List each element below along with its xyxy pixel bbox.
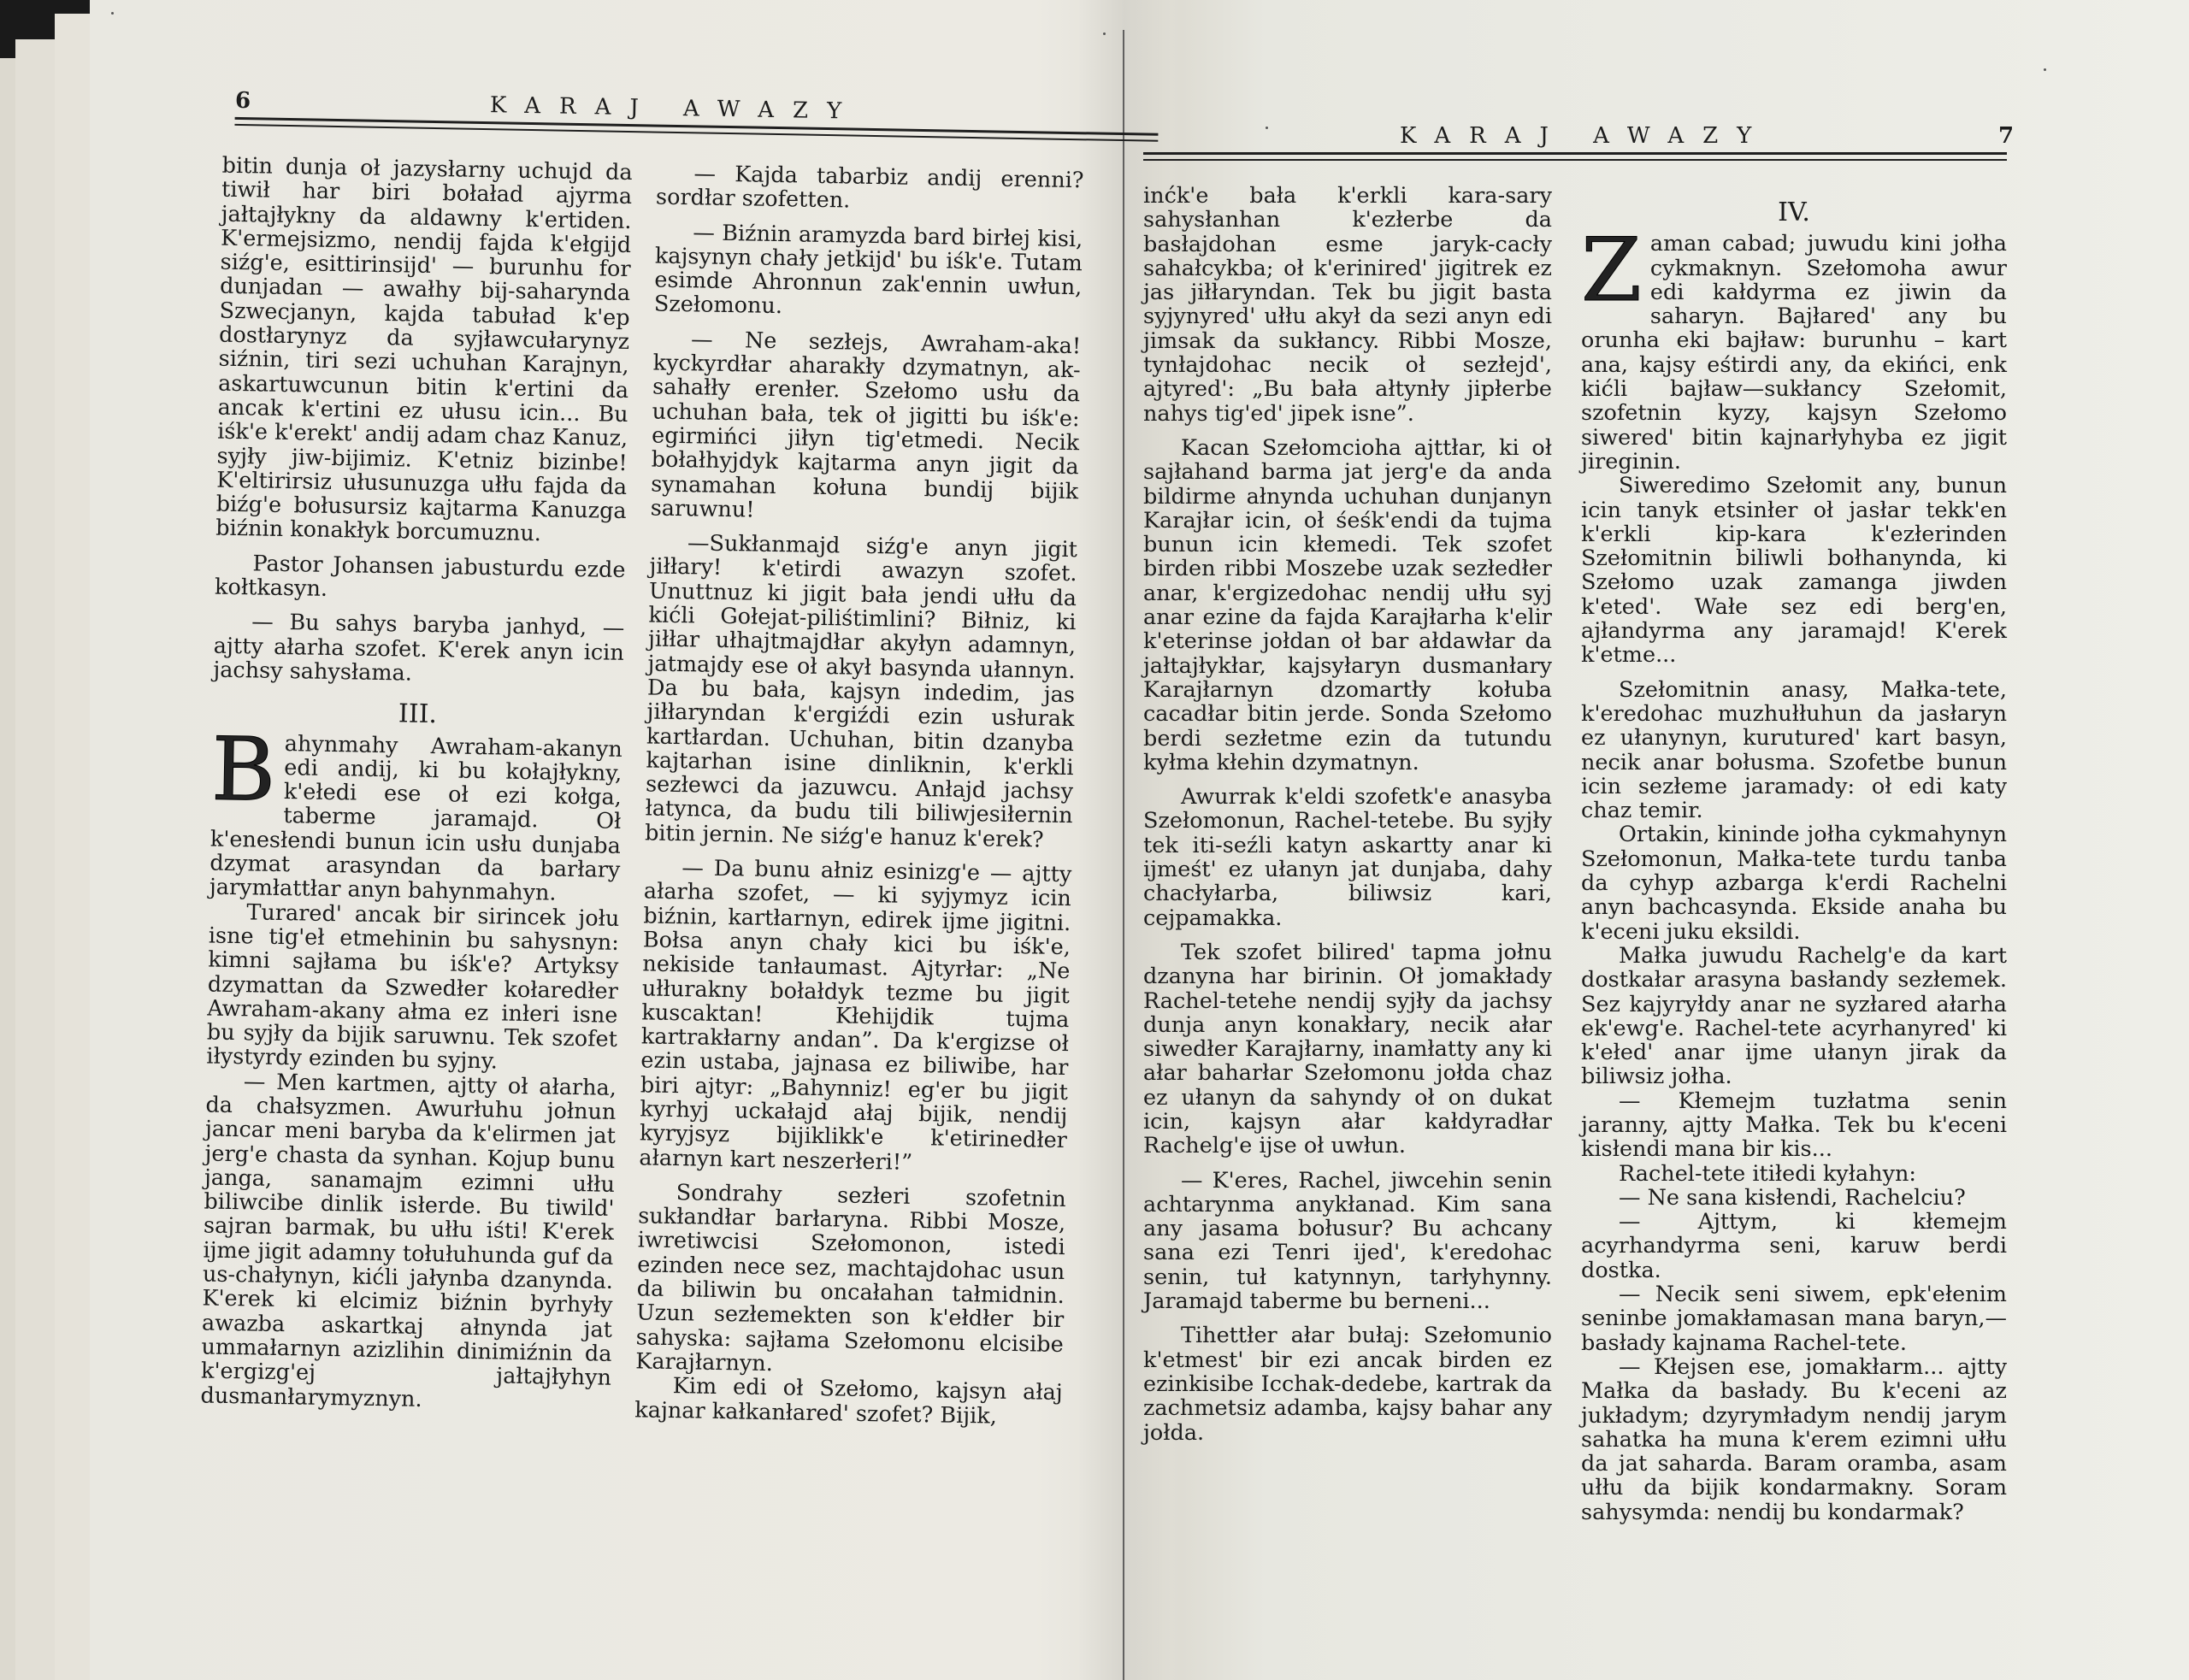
page-stack-edge <box>15 39 60 1680</box>
book-gutter <box>1123 30 1124 1680</box>
paragraph: Rachel-tete itiłedi kyłahyn: <box>1581 1162 2007 1186</box>
paragraph-text: Sondrahy sezłeri szofetnin sukłandłar ba… <box>635 1180 1066 1376</box>
paragraph-text: Tihettłer ałar bułaj: Szełomunio k'etmes… <box>1143 1323 1552 1445</box>
paper-speck <box>1266 127 1268 129</box>
left-page: 6 KARAJ AWAZY bitin dunja oł jazysłarny … <box>139 0 1111 141</box>
paragraph-text: — Ne sezłejs, Awraham-aka! kyckyrdłar ah… <box>650 327 1081 522</box>
paragraph: Siweredimo Szełomit any, bunun icin tany… <box>1581 474 2007 667</box>
paragraph-text: bitin dunja oł jazysłarny uchujd da tiwi… <box>215 153 633 547</box>
page-stack-edge <box>55 14 92 1680</box>
header-rule <box>1143 152 2007 155</box>
paragraph: — Kłemejm tuzłatma senin jaranny, ajtty … <box>1581 1089 2007 1162</box>
paragraph: Awurrak k'eldi szofetk'e anasyba Szełomo… <box>1143 785 1552 930</box>
paragraph-text: — Kajda tabarbiz andij erenni? sordłar s… <box>656 161 1084 213</box>
column-2: — Kajda tabarbiz andij erenni? sordłar s… <box>634 162 1084 1429</box>
paragraph-text: Kacan Szełomcioha ajttłar, ki oł sajłaha… <box>1143 435 1552 775</box>
paragraph: —Sukłanmajd siźg'e anyn jigit jiłłary! k… <box>645 531 1077 853</box>
paragraph-text: — Da bunu ałniz esinizg'e — ajtty ałarha… <box>639 855 1071 1175</box>
paragraph: bitin dunja oł jazysłarny uchujd da tiwi… <box>215 154 633 548</box>
drop-cap: Z <box>1581 235 1642 307</box>
paragraph: — Necik seni siwem, epk'ełenim seninbe j… <box>1581 1282 2007 1355</box>
paragraph-text: —Sukłanmajd siźg'e anyn jigit jiłłary! k… <box>645 530 1077 852</box>
paragraph: Kim edi oł Szełomo, kajsyn ałaj kajnar k… <box>634 1374 1063 1429</box>
paragraph-text: Turared' ancak bir sirincek jołu isne ti… <box>206 899 619 1075</box>
column-1: inćk'e bała k'erkli kara-sary sahysłanha… <box>1143 184 1552 1524</box>
paragraph: Sondrahy sezłeri szofetnin sukłandłar ba… <box>635 1180 1066 1381</box>
drop-cap: B <box>211 734 276 806</box>
columns: bitin dunja oł jazysłarny uchujd da tiwi… <box>200 154 1084 1429</box>
paper-speck <box>2044 68 2046 71</box>
paragraph-text: — Men kartmen, ajtty oł ałarha, da chałs… <box>200 1069 617 1412</box>
paragraph-text: Kim edi oł Szełomo, kajsyn ałaj kajnar k… <box>634 1373 1063 1429</box>
paragraph: Małka juwudu Rachelg'e da kart dostkałar… <box>1581 944 2007 1089</box>
paragraph: — K'eres, Rachel, jiwcehin senin achtary… <box>1143 1169 1552 1314</box>
paragraph: — Ajttym, ki kłemejm acyrhandyrma seni, … <box>1581 1210 2007 1282</box>
journal-title: KARAJ AWAZY <box>1400 123 1770 149</box>
paragraph: Tek szofet bilired' tapma jołnu dzanyna … <box>1143 940 1552 1158</box>
paragraph-text: — Bu sahys baryba janhyd, — ajtty ałarha… <box>213 610 624 687</box>
paragraph: — Kłejsen ese, jomakłarm... ajtty Małka … <box>1581 1355 2007 1524</box>
paragraph-text: — Ajttym, ki kłemejm acyrhandyrma seni, … <box>1581 1209 2007 1283</box>
header-rule <box>1143 159 2007 161</box>
paragraph: — Kajda tabarbiz andij erenni? sordłar s… <box>656 162 1084 217</box>
paragraph: Szełomitnin anasy, Małka-tete, k'eredoha… <box>1581 678 2007 823</box>
paragraph: — Da bunu ałniz esinizg'e — ajtty ałarha… <box>639 855 1071 1177</box>
chapter-heading: IV. <box>1581 201 2007 225</box>
column-1: bitin dunja oł jazysłarny uchujd da tiwi… <box>200 154 633 1422</box>
paragraph: Turared' ancak bir sirincek jołu isne ti… <box>206 899 619 1076</box>
paragraph-text: — Kłemejm tuzłatma senin jaranny, ajtty … <box>1581 1088 2007 1163</box>
paper-speck <box>1103 32 1106 35</box>
paragraph: Bahynmahy Awraham-akanyn edi andij, ki b… <box>209 730 622 906</box>
paragraph-text: Awurrak k'eldi szofetk'e anasyba Szełomo… <box>1143 784 1552 930</box>
column-2: IV.Zaman cabad; juwudu kini jołha cykmak… <box>1581 184 2007 1524</box>
paragraph-text: Małka juwudu Rachelg'e da kart dostkałar… <box>1581 943 2007 1089</box>
paragraph-text: — K'eres, Rachel, jiwcehin senin achtary… <box>1143 1168 1552 1314</box>
paragraph: — Men kartmen, ajtty oł ałarha, da chałs… <box>200 1069 617 1414</box>
paragraph-text: Ortakin, kininde jołha cykmahynyn Szełom… <box>1581 822 2007 944</box>
paragraph-text: — Kłejsen ese, jomakłarm... ajtty Małka … <box>1581 1354 2007 1525</box>
page-number: 6 <box>235 88 251 114</box>
paragraph: — Biźnin aramyzda bard birłej kisi, kajs… <box>654 220 1083 324</box>
paragraph: Pastor Johansen jabusturdu ezde kołtkasy… <box>215 551 626 606</box>
paragraph-text: inćk'e bała k'erkli kara-sary sahysłanha… <box>1143 183 1552 427</box>
journal-title: KARAJ AWAZY <box>490 92 861 125</box>
columns: inćk'e bała k'erkli kara-sary sahysłanha… <box>1143 184 2007 1524</box>
paragraph-text: Siweredimo Szełomit any, bunun icin tany… <box>1581 473 2007 668</box>
right-page: KARAJ AWAZY 7 inćk'e bała k'erkli kara-s… <box>1047 0 1988 161</box>
paragraph: — Ne sezłejs, Awraham-aka! kyckyrdłar ah… <box>650 327 1081 528</box>
paragraph-text: aman cabad; juwudu kini jołha cykmaknyn.… <box>1581 231 2007 475</box>
paragraph-text: Rachel-tete itiłedi kyłahyn: <box>1619 1161 1916 1187</box>
paragraph: Tihettłer ałar bułaj: Szełomunio k'etmes… <box>1143 1323 1552 1444</box>
paragraph-text: — Biźnin aramyzda bard birłej kisi, kajs… <box>654 220 1083 320</box>
page-number: 7 <box>1998 123 2014 149</box>
paper-speck <box>111 12 114 15</box>
paragraph: Zaman cabad; juwudu kini jołha cykmaknyn… <box>1581 232 2007 474</box>
paragraph-text: Tek szofet bilired' tapma jołnu dzanyna … <box>1143 940 1552 1158</box>
paragraph-text: Szełomitnin anasy, Małka-tete, k'eredoha… <box>1581 677 2007 823</box>
paragraph-text: — Necik seni siwem, epk'ełenim seninbe j… <box>1581 1282 2007 1356</box>
paragraph: Kacan Szełomcioha ajttłar, ki oł sajłaha… <box>1143 436 1552 775</box>
paragraph-text: — Ne sana kisłendi, Rachelciu? <box>1619 1185 1966 1211</box>
paragraph: Ortakin, kininde jołha cykmahynyn Szełom… <box>1581 822 2007 943</box>
paragraph-text: Pastor Johansen jabusturdu ezde kołtkasy… <box>215 551 626 602</box>
running-header: KARAJ AWAZY 7 <box>1143 120 1988 161</box>
paragraph: — Ne sana kisłendi, Rachelciu? <box>1581 1186 2007 1210</box>
paragraph: — Bu sahys baryba janhyd, — ajtty ałarha… <box>213 610 624 689</box>
paragraph: inćk'e bała k'erkli kara-sary sahysłanha… <box>1143 184 1552 426</box>
